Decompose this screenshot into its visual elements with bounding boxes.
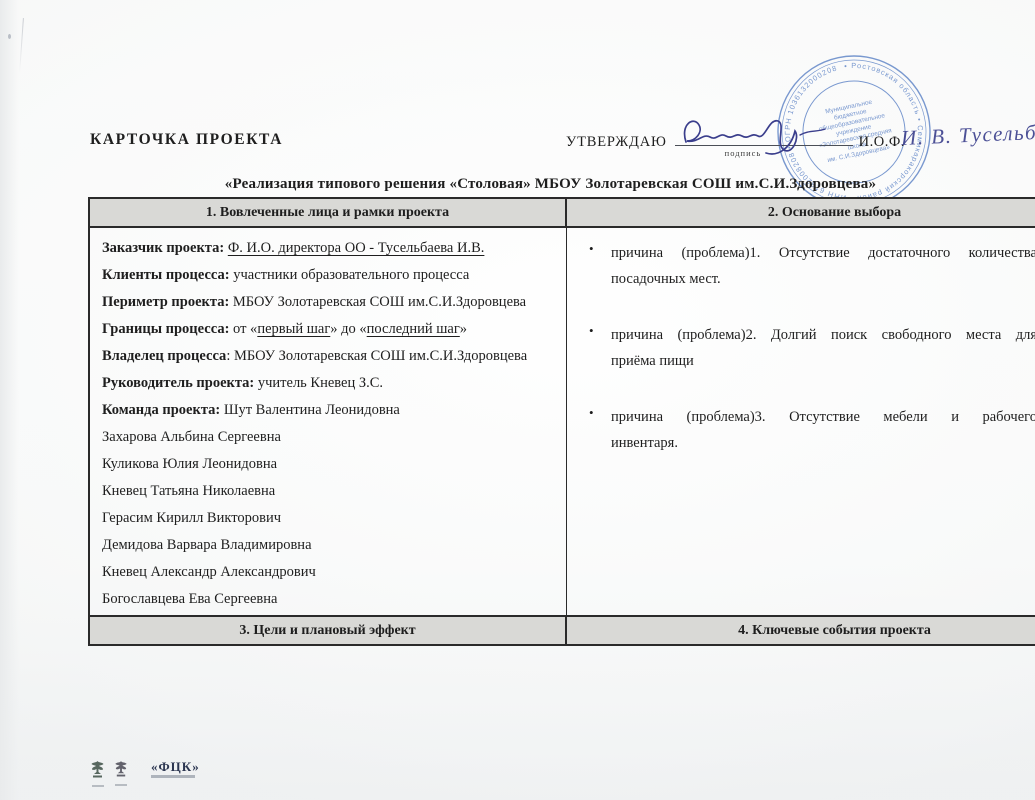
scan-speck (8, 34, 11, 39)
emblem-caption-bar (92, 785, 104, 787)
left-cell-line: Захарова Альбина Сергеевна (102, 424, 556, 451)
left-cell-line: Владелец процесса: МБОУ Золотаревская СО… (102, 343, 556, 370)
reason-bullet: •причина (проблема)1. Отсутствие достато… (583, 240, 1035, 292)
header-key-events: 4. Ключевые события проекта (567, 617, 1035, 644)
header-involved-persons: 1. Вовлеченные лица и рамки проекта (90, 199, 567, 226)
selection-basis-cell: •причина (проблема)1. Отсутствие достато… (567, 228, 1035, 615)
scanned-project-card: { "document": { "card_label": "КАРТОЧКА … (0, 0, 1035, 800)
left-cell-line: Демидова Варвара Владимировна (102, 532, 556, 559)
approve-label: УТВЕРЖДАЮ (566, 134, 667, 150)
emblem-caption-bar (115, 784, 127, 786)
left-cell-line: Заказчик проекта: Ф. И.О. директора ОО -… (102, 235, 556, 262)
reason-bullet: •причина (проблема)2. Долгий поиск свобо… (583, 322, 1035, 374)
left-cell-line: Кневец Татьяна Николаевна (102, 478, 556, 505)
fck-logo-text: «ФЦК» (151, 760, 200, 773)
bullet-marker-icon: • (589, 405, 594, 421)
left-cell-line: Куликова Юлия Леонидовна (102, 451, 556, 478)
bullet-marker-icon: • (589, 323, 594, 339)
header-goals-effect: 3. Цели и плановый эффект (90, 617, 567, 644)
eagle-emblem-icon (90, 760, 105, 779)
header-selection-basis: 2. Основание выбора (567, 199, 1035, 226)
bullet-marker-icon: • (589, 241, 594, 257)
left-cell-line: Руководитель проекта: учитель Кневец З.С… (102, 370, 556, 397)
table-header-row-top: 1. Вовлеченные лица и рамки проекта 2. О… (90, 199, 1035, 228)
project-title: «Реализация типового решения «Столовая» … (88, 176, 1013, 193)
scan-edge-shadow (0, 0, 22, 800)
fck-caption-bar (151, 775, 195, 778)
reason-line-2: приёма пищи (611, 348, 1035, 374)
ministry-emblem-1 (90, 760, 105, 787)
left-cell-line: Периметр проекта: МБОУ Золотаревская СОШ… (102, 289, 556, 316)
reason-line-1: причина (проблема)2. Долгий поиск свобод… (611, 322, 1035, 348)
reason-line-1: причина (проблема)3. Отсутствие мебели и… (611, 404, 1035, 430)
involved-persons-cell: Заказчик проекта: Ф. И.О. директора ОО -… (90, 228, 567, 615)
reason-line-2: посадочных мест. (611, 266, 1035, 292)
table-body-row: Заказчик проекта: Ф. И.О. директора ОО -… (90, 228, 1035, 615)
left-cell-line: Кневец Александр Александрович (102, 559, 556, 586)
initials-label: И.О.Ф. (859, 134, 905, 150)
eagle-emblem-icon (114, 760, 128, 778)
project-card-table: 1. Вовлеченные лица и рамки проекта 2. О… (88, 197, 1035, 646)
left-cell-line: Границы процесса: от «первый шаг» до «по… (102, 316, 556, 343)
reason-line-2: инвентаря. (611, 430, 1035, 456)
fck-logo: «ФЦК» (151, 760, 200, 778)
left-cell-line: Команда проекта: Шут Валентина Леонидовн… (102, 397, 556, 424)
reason-bullet: •причина (проблема)3. Отсутствие мебели … (583, 404, 1035, 456)
reason-line-1: причина (проблема)1. Отсутствие достаточ… (611, 240, 1035, 266)
left-cell-line: Клиенты процесса: участники образователь… (102, 262, 556, 289)
left-cell-line: Герасим Кирилл Викторович (102, 505, 556, 532)
table-header-row-bottom: 3. Цели и плановый эффект 4. Ключевые со… (90, 615, 1035, 644)
left-cell-line: Богославцева Ева Сергеевна (102, 586, 556, 613)
card-title: КАРТОЧКА ПРОЕКТА (90, 131, 283, 149)
signature-scribble (672, 108, 862, 160)
ministry-emblem-2 (114, 760, 128, 786)
footer-logos: «ФЦК» (90, 760, 200, 787)
